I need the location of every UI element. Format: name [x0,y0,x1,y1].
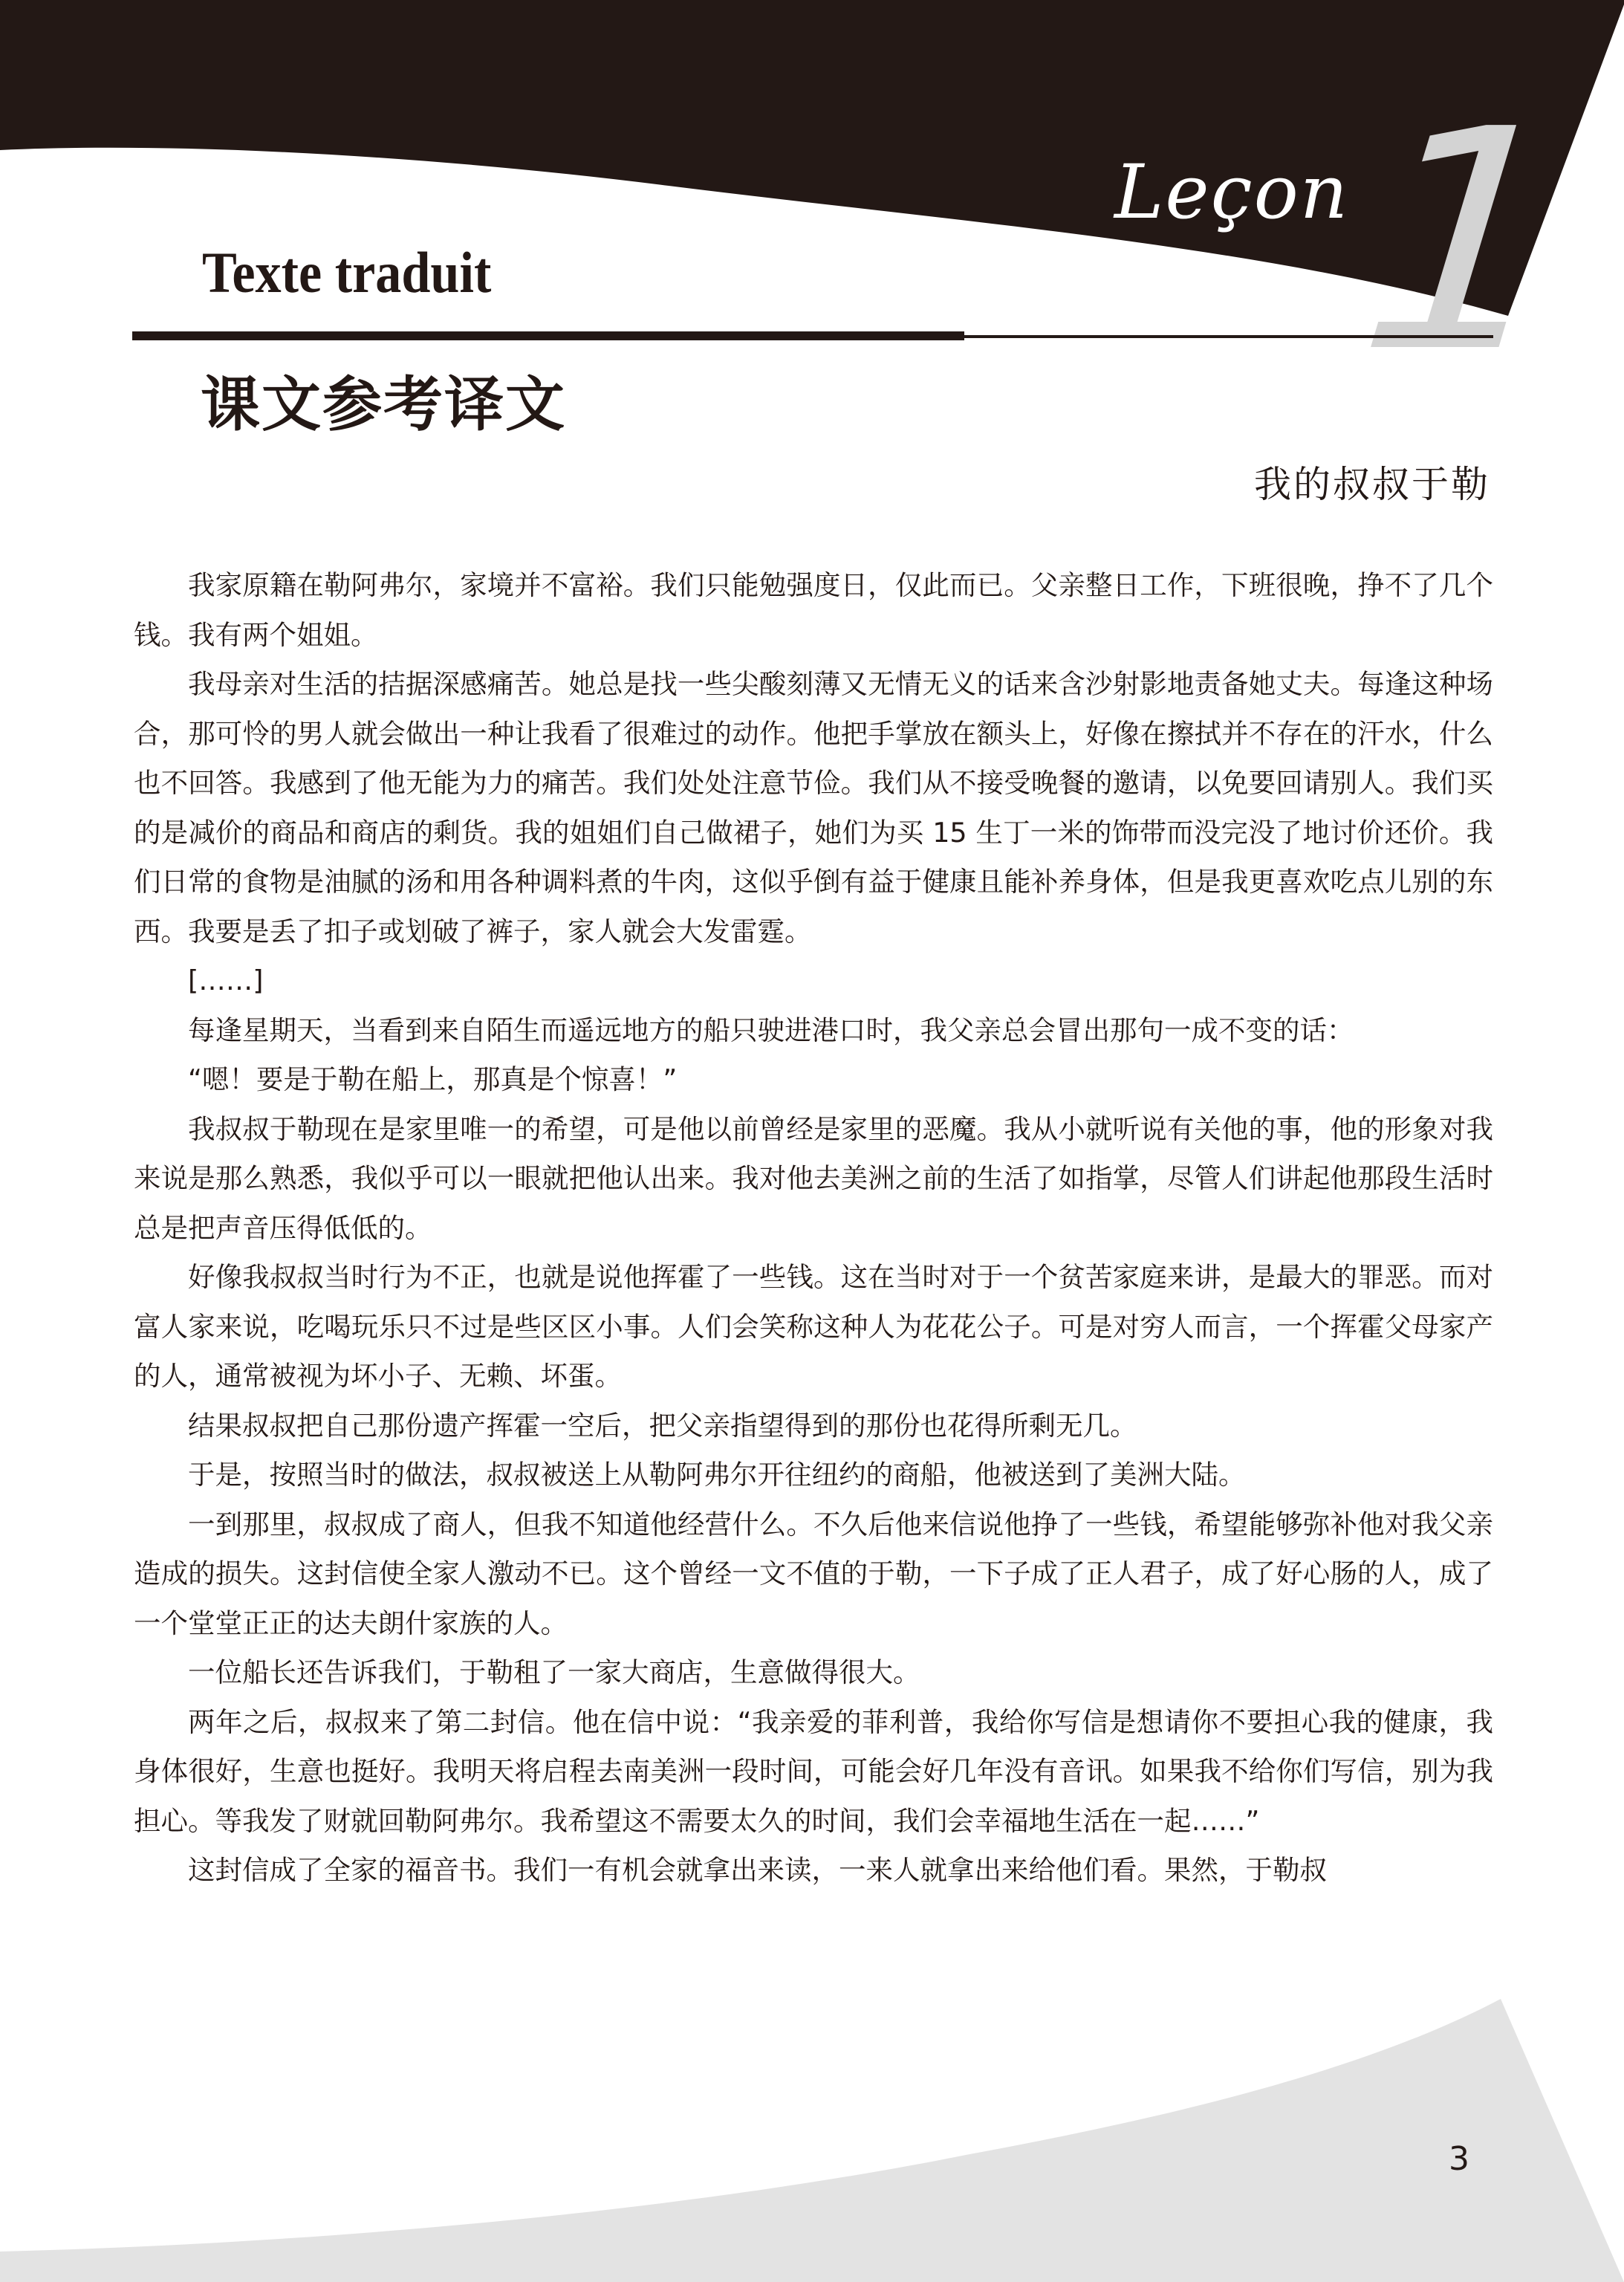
paragraph: 一到那里，叔叔成了商人，但我不知道他经营什么。不久后他来信说他挣了一些钱，希望能… [134,1500,1493,1649]
paragraph: 结果叔叔把自己那份遗产挥霍一空后，把父亲指望得到的那份也花得所剩无几。 [134,1401,1493,1451]
paragraph: 每逢星期天，当看到来自陌生而遥远地方的船只驶进港口时，我父亲总会冒出那句一成不变… [134,1006,1493,1056]
paragraph: 两年之后，叔叔来了第二封信。他在信中说：“我亲爱的菲利普，我给你写信是想请你不要… [134,1698,1493,1847]
section-title-chinese: 课文参考译文 [201,357,566,442]
story-title: 我的叔叔于勒 [1254,455,1490,508]
title-divider-thick [132,331,964,340]
paragraph: 这封信成了全家的福音书。我们一有机会就拿出来读，一来人就拿出来给他们看。果然，于… [134,1846,1493,1896]
section-title-french: Texte traduit [202,239,491,306]
ellipsis-marker: [……] [134,956,1493,1006]
paragraph: 我母亲对生活的拮据深感痛苦。她总是找一些尖酸刻薄又无情无义的话来含沙射影地责备她… [134,660,1493,956]
paragraph: 好像我叔叔当时行为不正，也就是说他挥霍了一些钱。这在当时对于一个贫苦家庭来讲，是… [134,1253,1493,1401]
paragraph: 我叔叔于勒现在是家里唯一的希望，可是他以前曾经是家里的恶魔。我从小就听说有关他的… [134,1105,1493,1254]
paragraph: 我家原籍在勒阿弗尔，家境并不富裕。我们只能勉强度日，仅此而已。父亲整日工作，下班… [134,561,1493,660]
lesson-label: Leçon [1114,149,1349,236]
story-body: 我家原籍在勒阿弗尔，家境并不富裕。我们只能勉强度日，仅此而已。父亲整日工作，下班… [134,561,1493,1896]
paragraph: 一位船长还告诉我们，于勒租了一家大商店，生意做得很大。 [134,1648,1493,1698]
quote-paragraph: “嗯！要是于勒在船上，那真是个惊喜！” [134,1055,1493,1105]
page-number: 3 [1449,2140,1469,2178]
paragraph: 于是，按照当时的做法，叔叔被送上从勒阿弗尔开往纽约的商船，他被送到了美洲大陆。 [134,1450,1493,1500]
lesson-number: 1 [1351,89,1576,394]
title-divider-thin [964,335,1493,338]
footer-gray-band [0,1999,1624,2282]
